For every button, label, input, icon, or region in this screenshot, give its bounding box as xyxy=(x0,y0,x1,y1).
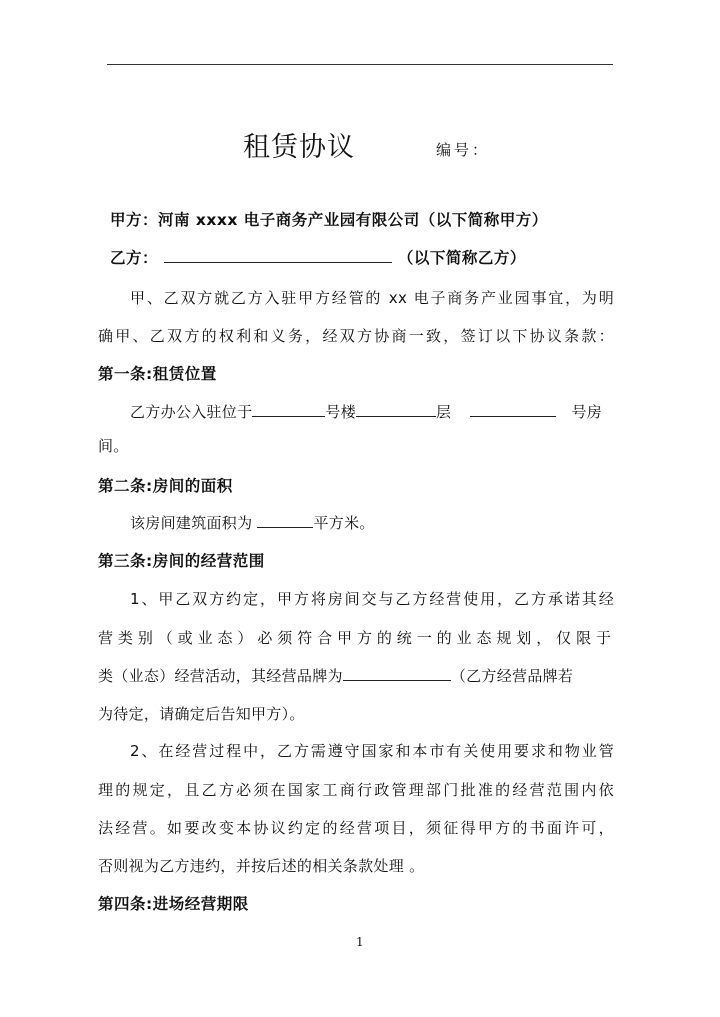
article-1-continuation: 间。 xyxy=(98,435,614,456)
floor-label: 层 xyxy=(436,403,451,421)
serial-number-label: 编号： xyxy=(436,139,490,160)
intro-line-2: 确甲、乙双方的权利和义务，经双方协商一致，签订以下协议条款： xyxy=(98,325,614,346)
party-a-line: 甲方：河南 xxxx 电子商务产业园有限公司（以下简称甲方） xyxy=(110,208,548,230)
page-number: 1 xyxy=(356,935,364,949)
party-b-label: 乙方： xyxy=(110,249,158,267)
article-3-clause-1-line-3: 类（业态）经营活动，其经营品牌为（乙方经营品牌若 xyxy=(98,665,614,686)
article-3-clause-1-line-4: 为待定，请确定后告知甲方）。 xyxy=(98,703,614,724)
article-2-heading: 第二条:房间的面积 xyxy=(98,474,233,496)
room-label: 号房 xyxy=(571,403,602,421)
article-3-clause-1-line-1: 1、甲乙双方约定，甲方将房间交与乙方经营使用，乙方承诺其经 xyxy=(130,588,614,609)
article-3-clause-1-line-2: 营类别（或业态）必须符合甲方的统一的业态规划，仅限于 xyxy=(98,627,614,648)
building-label: 号楼 xyxy=(325,403,356,421)
brand-suffix: （乙方经营品牌若 xyxy=(451,667,573,685)
location-prefix: 乙方办公入驻位于 xyxy=(130,403,252,421)
building-number-blank[interactable] xyxy=(252,402,325,417)
article-4-heading: 第四条:进场经营期限 xyxy=(98,892,249,914)
document-title: 租赁协议 xyxy=(243,125,355,164)
party-a-label: 甲方： xyxy=(110,211,158,229)
party-a-value: 河南 xxxx 电子商务产业园有限公司（以下简称甲方） xyxy=(158,211,548,229)
party-b-line: 乙方： （以下简称乙方） xyxy=(110,246,526,268)
header-rule xyxy=(107,64,613,65)
floor-blank[interactable] xyxy=(356,402,436,417)
article-1-location-line: 乙方办公入驻位于号楼层 号房 xyxy=(130,401,614,422)
brand-blank[interactable] xyxy=(343,666,451,681)
document-page: 租赁协议 编号： 甲方：河南 xxxx 电子商务产业园有限公司（以下简称甲方） … xyxy=(0,0,720,1017)
article-2-area-line: 该房间建筑面积为 平方米。 xyxy=(130,512,614,533)
article-3-clause-2-line-3: 法经营。如要改变本协议约定的经营项目，须征得甲方的书面许可， xyxy=(98,817,614,838)
article-3-clause-2-line-4: 否则视为乙方违约，并按后述的相关条款处理 。 xyxy=(98,855,614,876)
brand-prefix: 类（业态）经营活动，其经营品牌为 xyxy=(98,667,343,685)
area-prefix: 该房间建筑面积为 xyxy=(130,514,252,532)
room-number-blank[interactable] xyxy=(470,402,556,417)
area-unit: 平方米。 xyxy=(313,514,374,532)
area-blank[interactable] xyxy=(257,513,313,528)
article-3-clause-2-line-1: 2、在经营过程中，乙方需遵守国家和本市有关使用要求和物业管 xyxy=(130,740,614,761)
article-3-heading: 第三条:房间的经营范围 xyxy=(98,549,265,571)
party-b-blank-field[interactable] xyxy=(164,248,392,263)
article-3-clause-2-line-2: 理的规定，且乙方必须在国家工商行政管理部门批准的经营范围内依 xyxy=(98,779,614,800)
article-1-heading: 第一条:租赁位置 xyxy=(98,362,217,384)
party-b-suffix: （以下简称乙方） xyxy=(398,249,526,267)
intro-line-1: 甲、乙双方就乙方入驻甲方经管的 xx 电子商务产业园事宜，为明 xyxy=(130,287,614,308)
